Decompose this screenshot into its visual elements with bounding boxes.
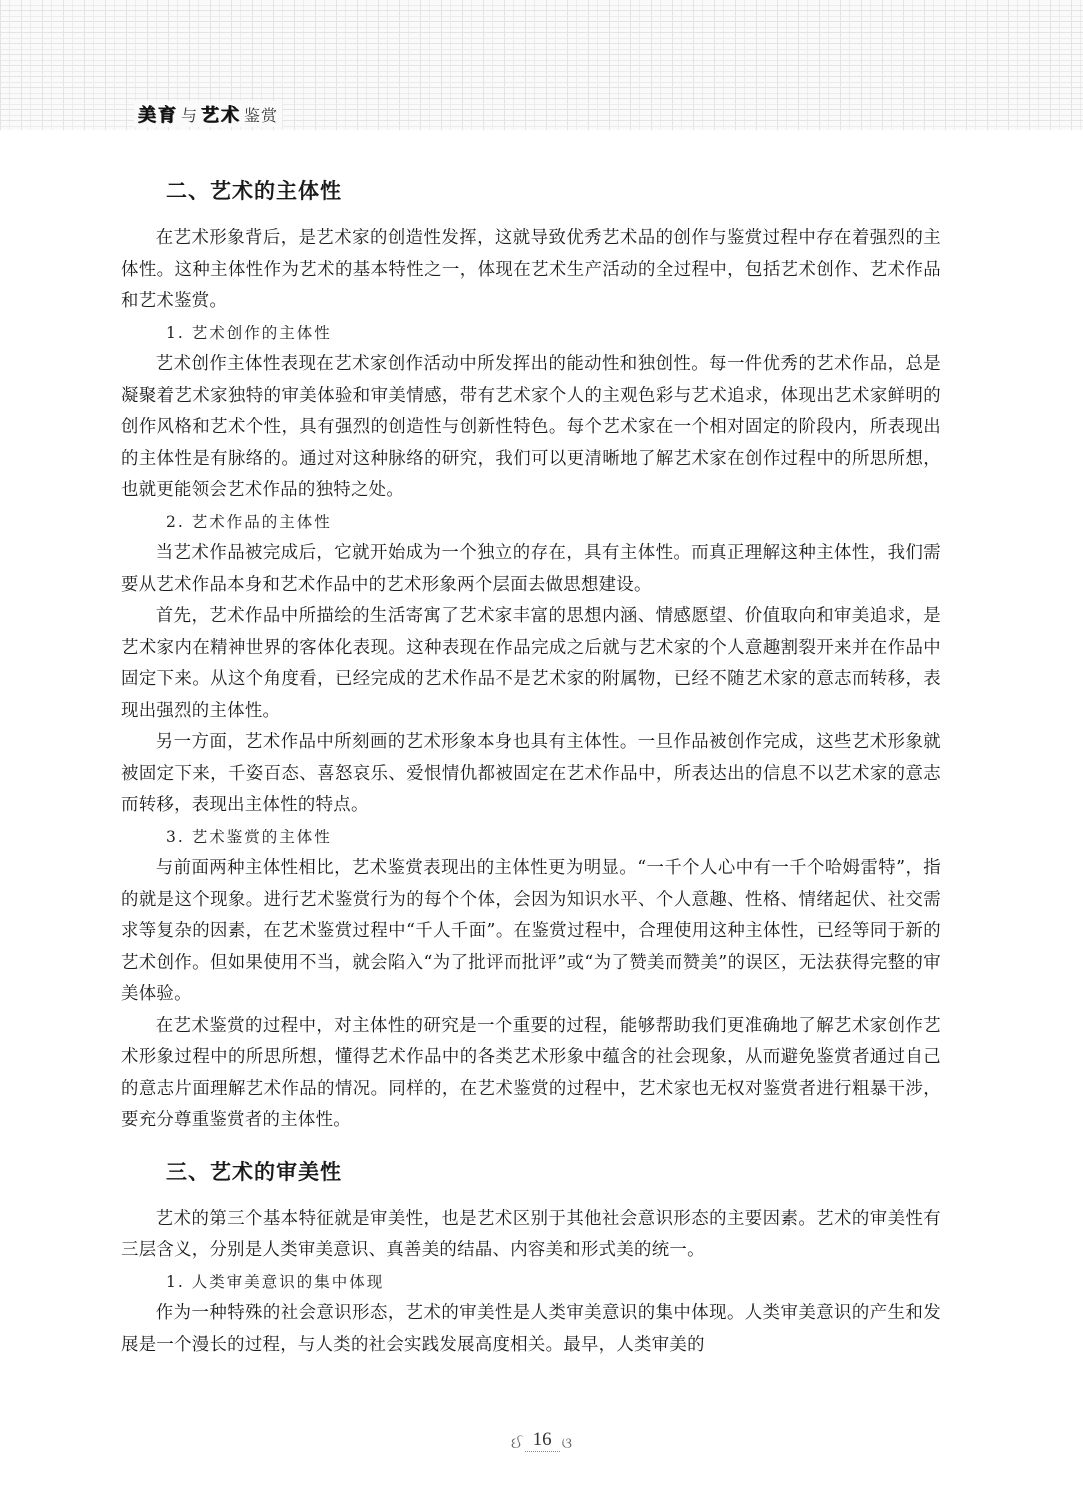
paragraph: 在艺术形象背后，是艺术家的创造性发挥，这就导致优秀艺术品的创作与鉴赏过程中存在着…: [121, 223, 941, 318]
subsection-title: 1. 艺术创作的主体性: [121, 318, 941, 350]
ornament-right-icon: ଓ: [562, 1436, 572, 1452]
running-head: 美育 与 艺术 鉴赏: [134, 101, 282, 127]
page-number: 16: [525, 1430, 560, 1452]
paragraph: 在艺术鉴赏的过程中，对主体性的研究是一个重要的过程，能够帮助我们更准确地了解艺术…: [121, 1011, 941, 1137]
book-title-connector: 与: [181, 103, 198, 126]
ornament-left-icon: ઈ: [511, 1436, 523, 1452]
section-heading-2: 二、艺术的主体性: [121, 170, 941, 212]
paragraph: 作为一种特殊的社会意识形态，艺术的审美性是人类审美意识的集中体现。人类审美意识的…: [121, 1298, 941, 1361]
paragraph: 与前面两种主体性相比，艺术鉴赏表现出的主体性更为明显。“一千个人心中有一千个哈姆…: [121, 853, 941, 1011]
paragraph: 当艺术作品被完成后，它就开始成为一个独立的存在，具有主体性。而真正理解这种主体性…: [121, 538, 941, 601]
page-footer: ઈ 16 ଓ: [0, 1430, 1083, 1453]
paragraph: 艺术的第三个基本特征就是审美性，也是艺术区别于其他社会意识形态的主要因素。艺术的…: [121, 1204, 941, 1267]
book-title-stylized-1: 美育: [138, 101, 178, 127]
subsection-title: 1. 人类审美意识的集中体现: [121, 1267, 941, 1299]
book-title-stylized-2: 艺术: [201, 101, 241, 127]
page-body: 二、艺术的主体性 在艺术形象背后，是艺术家的创造性发挥，这就导致优秀艺术品的创作…: [121, 170, 941, 1361]
paragraph: 艺术创作主体性表现在艺术家创作活动中所发挥出的能动性和独创性。每一件优秀的艺术作…: [121, 349, 941, 507]
subsection-title: 2. 艺术作品的主体性: [121, 507, 941, 539]
section-heading-3: 三、艺术的审美性: [121, 1151, 941, 1193]
book-title-suffix: 鉴赏: [244, 103, 278, 126]
subsection-title: 3. 艺术鉴赏的主体性: [121, 822, 941, 854]
paragraph: 另一方面，艺术作品中所刻画的艺术形象本身也具有主体性。一旦作品被创作完成，这些艺…: [121, 727, 941, 822]
paragraph: 首先，艺术作品中所描绘的生活寄寓了艺术家丰富的思想内涵、情感愿望、价值取向和审美…: [121, 601, 941, 727]
